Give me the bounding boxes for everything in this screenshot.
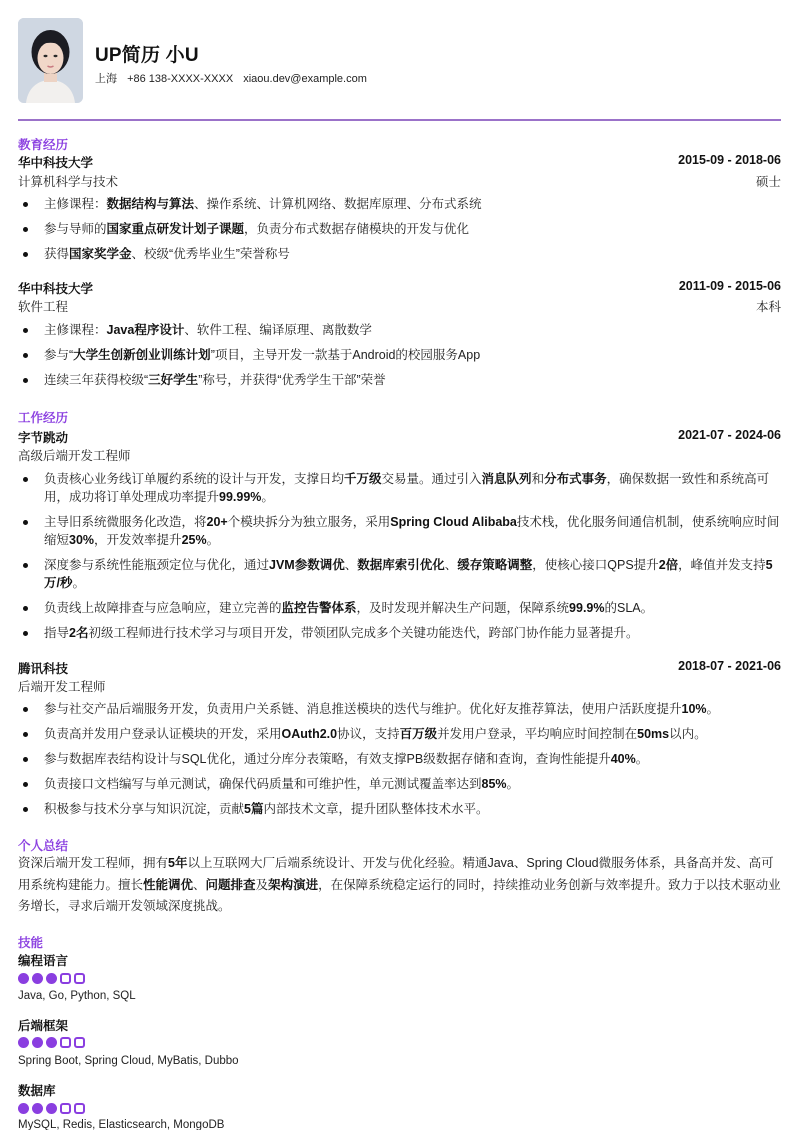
emphasis-text: 数据结构与算法: [107, 197, 195, 211]
section-title-education: 教育经历: [18, 135, 68, 153]
skill-level-dots: [18, 973, 85, 984]
emphasis-text: 99.99%: [219, 490, 261, 504]
work-period: 2021-07 - 2024-06: [678, 428, 781, 442]
work-entry-2-sub: 后端开发工程师: [18, 677, 781, 695]
bullet-item: 参与导师的国家重点研发计划子课题，负责分布式数据存储模块的开发与优化: [18, 220, 781, 238]
section-title-skills: 技能: [18, 933, 43, 951]
education-entry-1-sub: 计算机科学与技术 硕士: [18, 172, 781, 190]
education-entry-2-head: 华中科技大学 2011-09 - 2015-06: [18, 279, 781, 297]
bullet-item: 参与社交产品后端服务开发，负责用户关系链、消息推送模块的迭代与维护。优化好友推荐…: [18, 700, 781, 718]
role-text: 后端开发工程师: [18, 680, 106, 694]
education-entry-2-sub: 软件工程 本科: [18, 297, 781, 315]
education-period: 2011-09 - 2015-06: [679, 279, 781, 293]
company-name: 字节跳动: [18, 428, 68, 446]
empty-dot-icon: [60, 1037, 71, 1048]
filled-dot-icon: [32, 973, 43, 984]
work-entry-2-bullets: 参与社交产品后端服务开发，负责用户关系链、消息推送模块的迭代与维护。优化好友推荐…: [18, 700, 781, 818]
empty-dot-icon: [60, 1103, 71, 1114]
emphasis-text: 性能调优: [143, 878, 193, 892]
location-text: 上海: [95, 73, 117, 85]
emphasis-text: 国家重点研发计划子课题: [107, 222, 245, 236]
section-title-summary: 个人总结: [18, 836, 68, 854]
major-text: 计算机科学与技术: [18, 175, 118, 189]
section-title-work: 工作经历: [18, 408, 68, 426]
emphasis-text: 三好学生: [148, 373, 198, 387]
bullet-item: 参与“大学生创新创业训练计划”项目，主导开发一款基于Android的校园服务Ap…: [18, 346, 781, 364]
filled-dot-icon: [46, 1037, 57, 1048]
emphasis-text: 缓存策略调整: [457, 558, 532, 572]
filled-dot-icon: [18, 973, 29, 984]
bullet-item: 负责线上故障排查与应急响应，建立完善的监控告警体系，及时发现并解决生产问题，保障…: [18, 599, 781, 617]
bullet-item: 指导2名初级工程师进行技术学习与项目开发，带领团队完成多个关键功能迭代，跨部门协…: [18, 624, 781, 642]
emphasis-text: 20+: [207, 515, 228, 529]
filled-dot-icon: [46, 1103, 57, 1114]
empty-dot-icon: [74, 973, 85, 984]
empty-dot-icon: [74, 1037, 85, 1048]
avatar-portrait-icon: [18, 18, 83, 103]
bullet-item: 负责接口文档编写与单元测试，确保代码质量和可维护性，单元测试覆盖率达到85%。: [18, 775, 781, 793]
phone-text: +86 138-XXXX-XXXX: [127, 73, 233, 85]
emphasis-text: 大学生创新创业训练计划: [73, 348, 211, 362]
degree-text: 本科: [756, 297, 781, 315]
skill-description: Spring Boot, Spring Cloud, MyBatis, Dubb…: [18, 1055, 239, 1067]
emphasis-text: Java程序设计: [107, 323, 185, 337]
emphasis-text: 千万级: [344, 472, 382, 486]
emphasis-text: 监控告警体系: [282, 601, 357, 615]
skill-description: MySQL, Redis, Elasticsearch, MongoDB: [18, 1119, 224, 1130]
emphasis-text: JVM参数调优: [269, 558, 345, 572]
company-name: 腾讯科技: [18, 659, 68, 677]
summary-text: 资深后端开发工程师，拥有5年以上互联网大厂后端系统设计、开发与优化经验。精通Ja…: [18, 853, 781, 918]
filled-dot-icon: [18, 1103, 29, 1114]
emphasis-text: 2名: [69, 626, 88, 640]
emphasis-text: 5篇: [244, 802, 263, 816]
bullet-item: 主修课程：数据结构与算法、操作系统、计算机网络、数据库原理、分布式系统: [18, 195, 781, 213]
emphasis-text: 30%: [69, 533, 94, 547]
work-entry-1-head: 字节跳动 2021-07 - 2024-06: [18, 428, 781, 446]
emphasis-text: 10%: [682, 702, 707, 716]
bullet-item: 主修课程：Java程序设计、软件工程、编译原理、离散数学: [18, 321, 781, 339]
emphasis-text: 问题排查: [206, 878, 256, 892]
emphasis-text: 99.9%: [569, 601, 604, 615]
work-entry-1-sub: 高级后端开发工程师: [18, 446, 781, 464]
filled-dot-icon: [32, 1037, 43, 1048]
profile-photo: [18, 18, 83, 103]
school-name: 华中科技大学: [18, 153, 93, 171]
work-entry-1-bullets: 负责核心业务线订单履约系统的设计与开发，支撑日均千万级交易量。通过引入消息队列和…: [18, 470, 781, 642]
work-entry-2-head: 腾讯科技 2018-07 - 2021-06: [18, 659, 781, 677]
emphasis-text: 百万级: [400, 727, 438, 741]
bullet-item: 深度参与系统性能瓶颈定位与优化，通过JVM参数调优、数据库索引优化、缓存策略调整…: [18, 556, 781, 592]
education-entry-1-head: 华中科技大学 2015-09 - 2018-06: [18, 153, 781, 171]
emphasis-text: 25%: [182, 533, 207, 547]
bullet-item: 获得国家奖学金、校级“优秀毕业生”荣誉称号: [18, 245, 781, 263]
resume-header: UP简历 小U 上海 +86 138-XXXX-XXXX xiaou.dev@e…: [18, 18, 781, 104]
empty-dot-icon: [60, 973, 71, 984]
candidate-name: UP简历 小U: [95, 40, 199, 67]
emphasis-text: 40%: [611, 752, 636, 766]
education-period: 2015-09 - 2018-06: [678, 153, 781, 167]
education-entry-1-bullets: 主修课程：数据结构与算法、操作系统、计算机网络、数据库原理、分布式系统参与导师的…: [18, 195, 781, 263]
emphasis-text: 50ms: [637, 727, 669, 741]
skill-level-dots: [18, 1103, 85, 1114]
emphasis-text: 5年: [168, 856, 187, 870]
bullet-item: 连续三年获得校级“三好学生”称号，并获得“优秀学生干部”荣誉: [18, 371, 781, 389]
bullet-item: 参与数据库表结构设计与SQL优化，通过分库分表策略，有效支撑PB级数据存储和查询…: [18, 750, 781, 768]
emphasis-text: 数据库索引优化: [357, 558, 445, 572]
emphasis-text: 2倍: [659, 558, 678, 572]
bullet-item: 负责高并发用户登录认证模块的开发，采用OAuth2.0协议，支持百万级并发用户登…: [18, 725, 781, 743]
major-text: 软件工程: [18, 300, 68, 314]
filled-dot-icon: [46, 973, 57, 984]
skill-name: 编程语言: [18, 951, 68, 969]
skill-description: Java, Go, Python, SQL: [18, 990, 136, 1002]
email-link[interactable]: xiaou.dev@example.com: [243, 73, 367, 85]
skill-name: 数据库: [18, 1081, 56, 1099]
role-text: 高级后端开发工程师: [18, 449, 131, 463]
emphasis-text: 消息队列: [482, 472, 532, 486]
bullet-item: 负责核心业务线订单履约系统的设计与开发，支撑日均千万级交易量。通过引入消息队列和…: [18, 470, 781, 506]
emphasis-text: 国家奖学金: [69, 247, 132, 261]
empty-dot-icon: [74, 1103, 85, 1114]
emphasis-text: 85%: [482, 777, 507, 791]
header-divider: [18, 119, 781, 121]
work-period: 2018-07 - 2021-06: [678, 659, 781, 673]
school-name: 华中科技大学: [18, 279, 93, 297]
skill-name: 后端框架: [18, 1016, 68, 1034]
filled-dot-icon: [18, 1037, 29, 1048]
emphasis-text: 架构演进: [268, 878, 318, 892]
degree-text: 硕士: [756, 172, 781, 190]
bullet-item: 积极参与技术分享与知识沉淀，贡献5篇内部技术文章，提升团队整体技术水平。: [18, 800, 781, 818]
emphasis-text: Spring Cloud Alibaba: [390, 515, 517, 529]
skill-level-dots: [18, 1037, 85, 1048]
filled-dot-icon: [32, 1103, 43, 1114]
emphasis-text: 分布式事务: [544, 472, 607, 486]
contact-info: 上海 +86 138-XXXX-XXXX xiaou.dev@example.c…: [95, 70, 374, 86]
bullet-item: 主导旧系统微服务化改造，将20+个模块拆分为独立服务，采用Spring Clou…: [18, 513, 781, 549]
education-entry-2-bullets: 主修课程：Java程序设计、软件工程、编译原理、离散数学参与“大学生创新创业训练…: [18, 321, 781, 389]
emphasis-text: OAuth2.0: [282, 727, 338, 741]
